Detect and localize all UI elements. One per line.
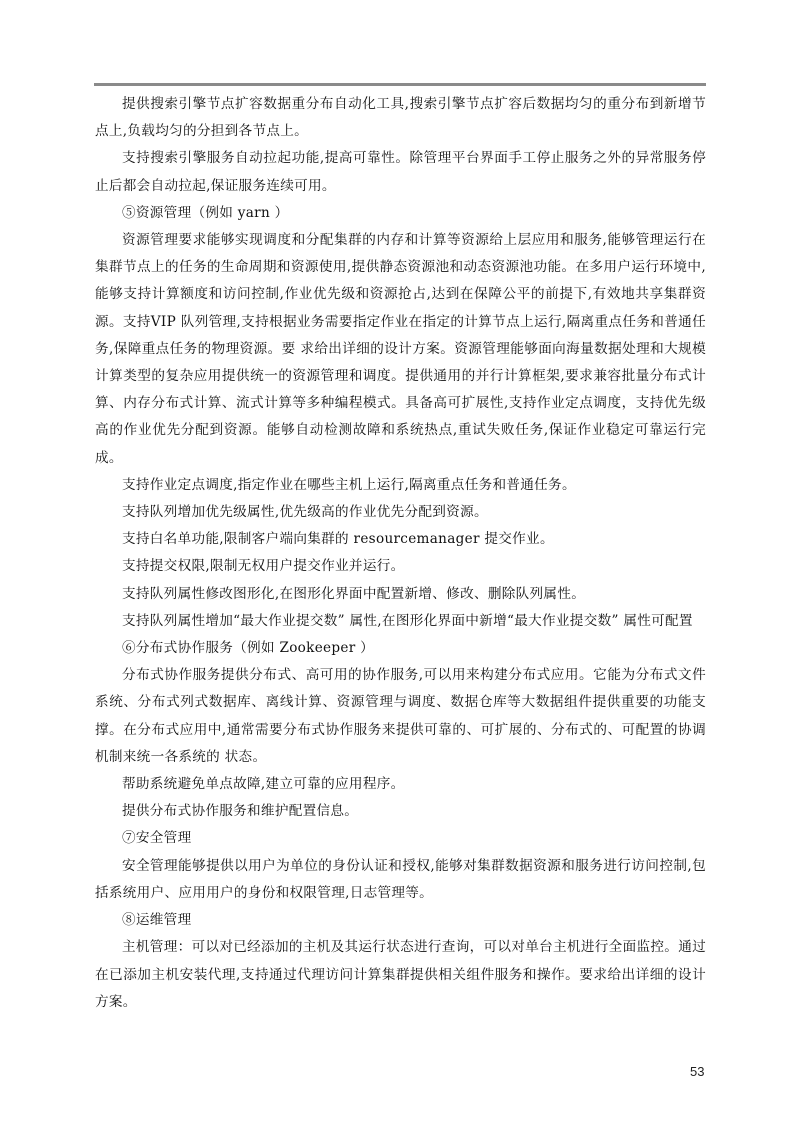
paragraph-search-auto-restart: 支持搜索引擎服务自动拉起功能,提高可靠性。除管理平台界面手工停止服务之外的异常服…: [95, 145, 706, 199]
page-number: 53: [690, 1064, 704, 1079]
section-heading-coordination: ⑥分布式协作服务（例如 Zookeeper ）: [95, 635, 706, 662]
paragraph-search-redistribution: 提供搜索引擎节点扩容数据重分布自动化工具,搜索引擎节点扩容后数据均匀的重分布到新…: [95, 91, 706, 145]
paragraph-coordination: 分布式协作服务提供分布式、高可用的协作服务,可以用来构建分布式应用。它能为分布式…: [95, 662, 706, 771]
paragraph-submit-permission: 支持提交权限,限制无权用户提交作业并运行。: [95, 553, 706, 580]
section-heading-operations: ⑧运维管理: [95, 907, 706, 934]
paragraph-max-jobs: 支持队列属性增加“最大作业提交数” 属性,在图形化界面中新增“最大作业提交数” …: [95, 608, 706, 635]
paragraph-job-fixed-scheduling: 支持作业定点调度,指定作业在哪些主机上运行,隔离重点任务和普通任务。: [95, 472, 706, 499]
section-heading-resource-management: ⑤资源管理（例如 yarn ）: [95, 200, 706, 227]
paragraph-resource-management: 资源管理要求能够实现调度和分配集群的内存和计算等资源给上层应用和服务,能够管理运…: [95, 227, 706, 472]
paragraph-security: 安全管理能够提供以用户为单位的身份认证和授权,能够对集群数据资源和服务进行访问控…: [95, 853, 706, 907]
paragraph-config-info: 提供分布式协作服务和维护配置信息。: [95, 798, 706, 825]
section-heading-security: ⑦安全管理: [95, 825, 706, 852]
paragraph-queue-gui: 支持队列属性修改图形化,在图形化界面中配置新增、修改、删除队列属性。: [95, 581, 706, 608]
paragraph-host-management: 主机管理：可以对已经添加的主机及其运行状态进行查询，可以对单台主机进行全面监控。…: [95, 934, 706, 1016]
header-rule: [94, 83, 706, 86]
paragraph-avoid-spof: 帮助系统避免单点故障,建立可靠的应用程序。: [95, 771, 706, 798]
paragraph-queue-priority: 支持队列增加优先级属性,优先级高的作业优先分配到资源。: [95, 499, 706, 526]
document-body: 提供搜索引擎节点扩容数据重分布自动化工具,搜索引擎节点扩容后数据均匀的重分布到新…: [95, 91, 706, 1016]
paragraph-whitelist: 支持白名单功能,限制客户端向集群的 resourcemanager 提交作业。: [95, 526, 706, 553]
